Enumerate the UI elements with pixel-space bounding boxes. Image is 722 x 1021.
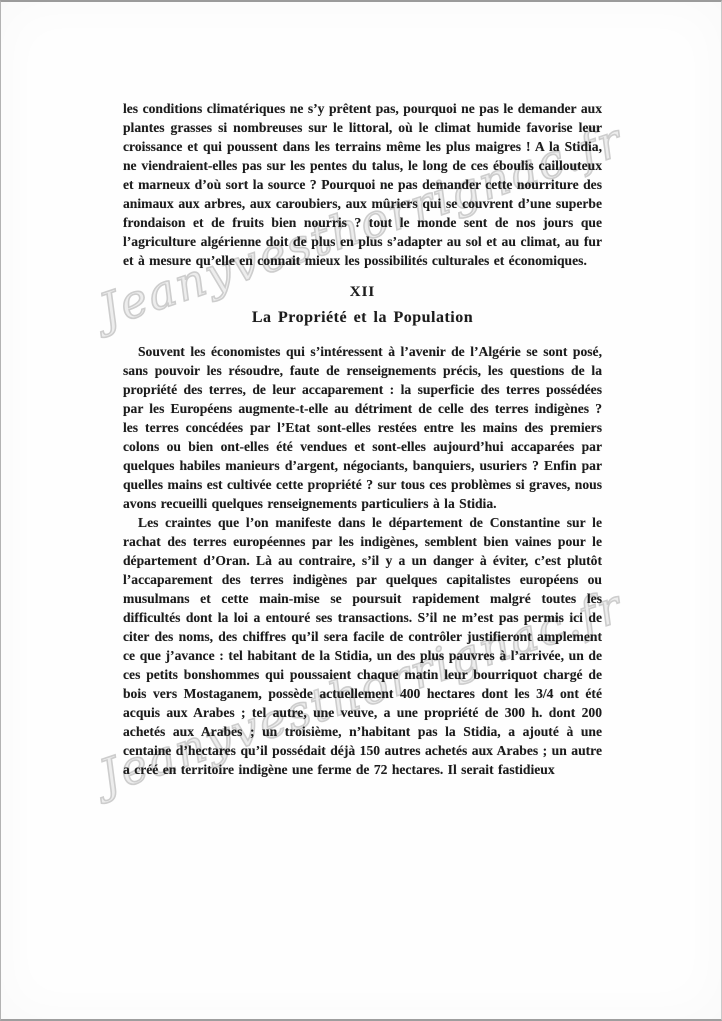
page-text-block: les conditions climatériques ne s’y prêt… (123, 99, 602, 779)
body-paragraph-property: Souvent les économistes qui s’intéressen… (123, 342, 602, 513)
body-paragraph-continuation: les conditions climatériques ne s’y prêt… (123, 99, 602, 270)
chapter-title: La Propriété et la Population (123, 308, 602, 328)
scanned-page: Jeanyvesthorrignac.fr Jeanyvesthorrignac… (0, 0, 722, 1021)
chapter-number: XII (123, 283, 602, 302)
body-paragraph-craintes: Les craintes que l’on manifeste dans le … (123, 513, 602, 779)
